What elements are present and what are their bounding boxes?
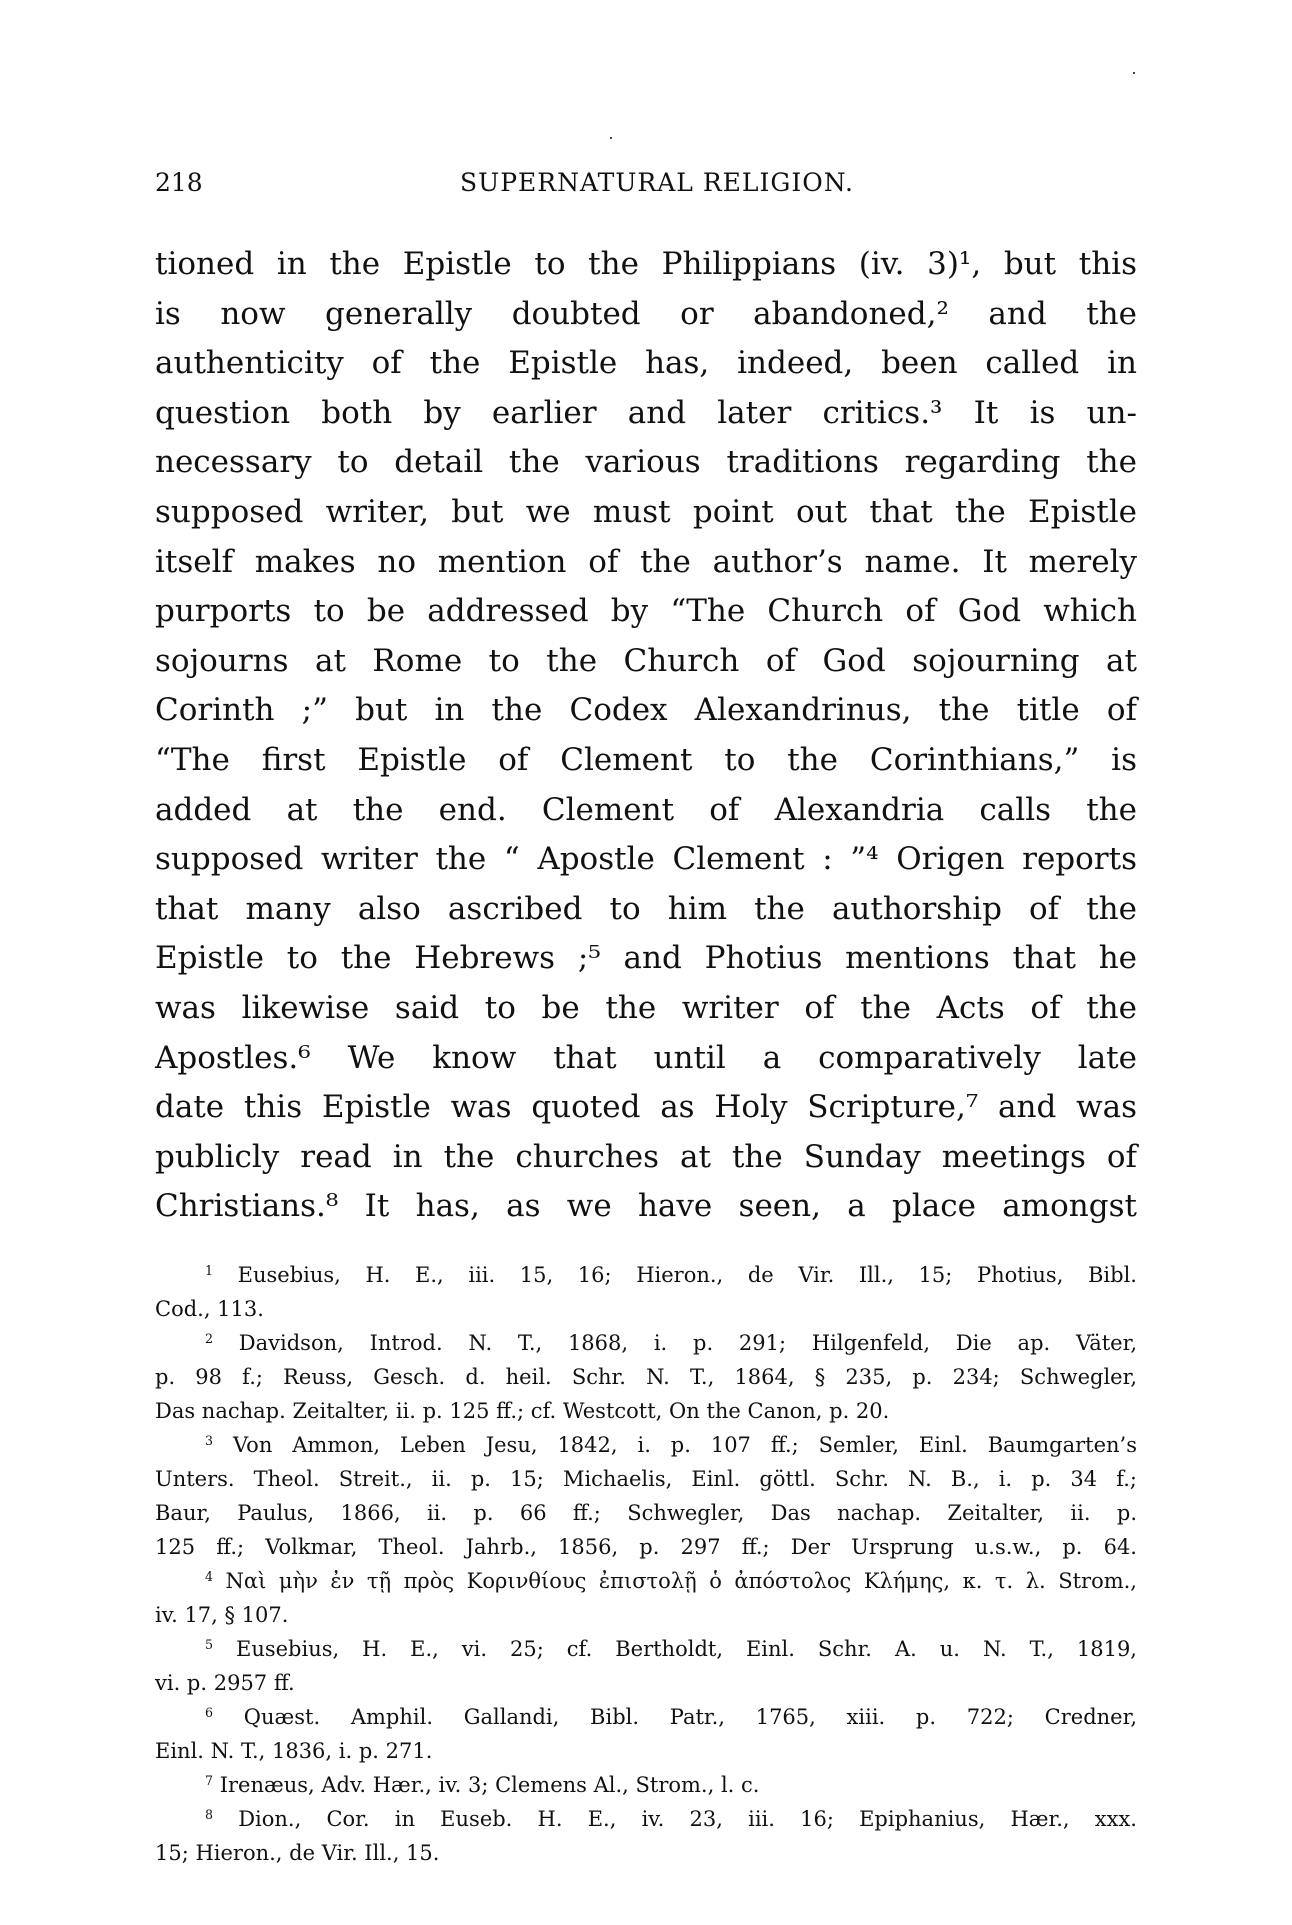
footnote-7: 7 Irenæus, Adv. Hær., iv. 3; Clemens Al.…: [155, 1768, 1137, 1802]
body-line: is now generally doubted or abandoned,² …: [155, 290, 1137, 340]
page-number: 218: [155, 168, 203, 197]
body-text: tioned in the Epistle to the Philippians…: [155, 240, 1137, 1232]
body-line: Epistle to the Hebrews ;⁵ and Photius me…: [155, 934, 1137, 984]
body-line: publicly read in the churches at the Sun…: [155, 1133, 1137, 1183]
body-line: Christians.⁸ It has, as we have seen, a …: [155, 1182, 1137, 1232]
footnote-text: Dion., Cor. in Euseb. H. E., iv. 23, iii…: [238, 1807, 1137, 1831]
footnote-marker: 2: [205, 1331, 213, 1346]
footnote-marker: 6: [205, 1705, 213, 1720]
footnote-marker: 7: [205, 1773, 213, 1788]
footnote-continuation: Einl. N. T., 1836, i. p. 271.: [155, 1734, 1137, 1768]
footnote-text: Quæst. Amphil. Gallandi, Bibl. Patr., 17…: [244, 1705, 1137, 1729]
body-line: necessary to detail the various traditio…: [155, 438, 1137, 488]
footnote-marker: 1: [205, 1263, 213, 1278]
footnote-continuation: 15; Hieron., de Vir. Ill., 15.: [155, 1836, 1137, 1870]
body-line: supposed writer the “ Apostle Clement : …: [155, 835, 1137, 885]
footnote-marker: 8: [205, 1807, 213, 1822]
footnote-continuation: Cod., 113.: [155, 1292, 1137, 1326]
footnote-continuation: p. 98 f.; Reuss, Gesch. d. heil. Schr. N…: [155, 1360, 1137, 1394]
running-head: 218 SUPERNATURAL RELIGION.: [155, 168, 1137, 204]
body-line: itself makes no mention of the author’s …: [155, 538, 1137, 588]
footnote-text: Eusebius, H. E., iii. 15, 16; Hieron., d…: [238, 1263, 1137, 1287]
footnote-continuation: iv. 17, § 107.: [155, 1598, 1137, 1632]
body-line: question both by earlier and later criti…: [155, 389, 1137, 439]
footnote-6: 6 Quæst. Amphil. Gallandi, Bibl. Patr., …: [155, 1700, 1137, 1734]
body-line: authenticity of the Epistle has, indeed,…: [155, 339, 1137, 389]
body-line: “The first Epistle of Clement to the Cor…: [155, 736, 1137, 786]
footnote-marker: 5: [205, 1637, 213, 1652]
footnote-continuation: Unters. Theol. Streit., ii. p. 15; Micha…: [155, 1462, 1137, 1496]
footnote-marker: 4: [205, 1569, 213, 1584]
footnote-continuation: vi. p. 2957 ff.: [155, 1666, 1137, 1700]
body-line: Apostles.⁶ We know that until a comparat…: [155, 1034, 1137, 1084]
footnote-1: 1 Eusebius, H. E., iii. 15, 16; Hieron.,…: [155, 1258, 1137, 1292]
footnote-4: 4 Ναὶ μὴν ἐν τῇ πρὸς Κορινθίους ἐπιστολῇ…: [155, 1564, 1137, 1598]
print-speck: [610, 137, 612, 139]
footnote-text: Davidson, Introd. N. T., 1868, i. p. 291…: [239, 1331, 1137, 1355]
print-speck: [1133, 72, 1135, 74]
footnote-text: Eusebius, H. E., vi. 25; cf. Bertholdt, …: [236, 1637, 1137, 1661]
footnote-text-greek: Ναὶ μὴν ἐν τῇ πρὸς Κορινθίους ἐπιστολῇ ὁ…: [226, 1569, 1137, 1593]
body-line: purports to be addressed by “The Church …: [155, 587, 1137, 637]
running-title: SUPERNATURAL RELIGION.: [460, 168, 854, 197]
footnote-marker: 3: [205, 1433, 213, 1448]
footnote-continuation: Das nachap. Zeitalter, ii. p. 125 ff.; c…: [155, 1394, 1137, 1428]
footnote-text: Irenæus, Adv. Hær., iv. 3; Clemens Al., …: [220, 1773, 760, 1797]
book-page: 218 SUPERNATURAL RELIGION. tioned in the…: [0, 0, 1292, 1925]
footnote-continuation: 125 ff.; Volkmar, Theol. Jahrb., 1856, p…: [155, 1530, 1137, 1564]
body-line: tioned in the Epistle to the Philippians…: [155, 240, 1137, 290]
footnote-2: 2 Davidson, Introd. N. T., 1868, i. p. 2…: [155, 1326, 1137, 1360]
body-line: supposed writer, but we must point out t…: [155, 488, 1137, 538]
body-line: that many also ascribed to him the autho…: [155, 885, 1137, 935]
body-line: date this Epistle was quoted as Holy Scr…: [155, 1083, 1137, 1133]
body-line: was likewise said to be the writer of th…: [155, 984, 1137, 1034]
body-line: added at the end. Clement of Alexandria …: [155, 786, 1137, 836]
footnotes: 1 Eusebius, H. E., iii. 15, 16; Hieron.,…: [155, 1258, 1137, 1870]
footnote-8: 8 Dion., Cor. in Euseb. H. E., iv. 23, i…: [155, 1802, 1137, 1836]
body-line: sojourns at Rome to the Church of God so…: [155, 637, 1137, 687]
footnote-text: Von Ammon, Leben Jesu, 1842, i. p. 107 f…: [233, 1433, 1137, 1457]
footnote-3: 3 Von Ammon, Leben Jesu, 1842, i. p. 107…: [155, 1428, 1137, 1462]
footnote-5: 5 Eusebius, H. E., vi. 25; cf. Bertholdt…: [155, 1632, 1137, 1666]
footnote-continuation: Baur, Paulus, 1866, ii. p. 66 ff.; Schwe…: [155, 1496, 1137, 1530]
body-line: Corinth ;” but in the Codex Alexandrinus…: [155, 686, 1137, 736]
